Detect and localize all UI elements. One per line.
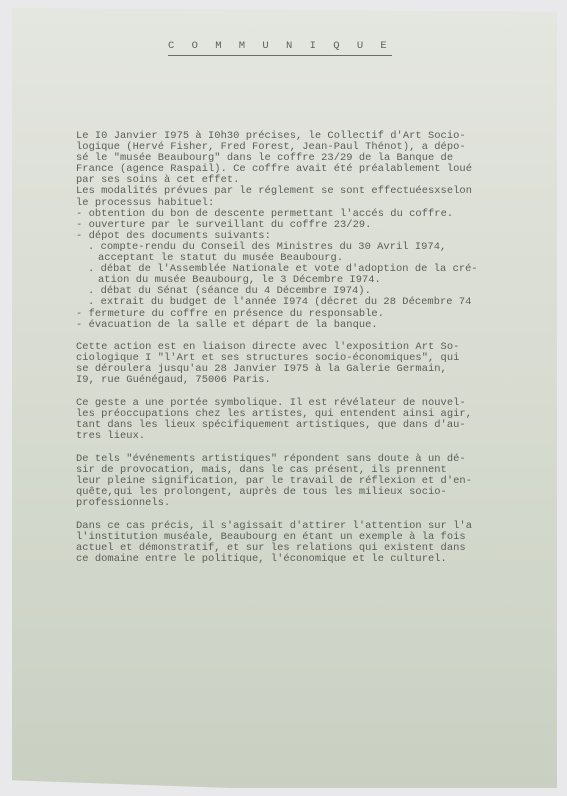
conclusion-paragraph: Dans ce cas précis, il s'agissait d'atti…	[76, 521, 566, 565]
text-line: professionnels.	[76, 498, 566, 509]
list-item-text: évacuation de la salle et départ de la b…	[89, 319, 378, 331]
events-paragraph: De tels "événements artistiques" réponde…	[76, 454, 566, 509]
dash-marker: -	[76, 230, 82, 242]
symbolic-paragraph: Ce geste a une portée symbolique. Il est…	[76, 398, 566, 442]
dot-marker: .	[88, 241, 94, 253]
list-item: - évacuation de la salle et départ de la…	[76, 320, 566, 331]
exhibition-paragraph: Cette action est en liaison directe avec…	[76, 342, 566, 386]
text-line: Les modalités prévues par le réglement s…	[76, 186, 566, 197]
document-body: Le I0 Janvier I975 à I0h30 précises, le …	[76, 131, 566, 565]
text-line: tant dans les lieux spécifiquement artis…	[76, 420, 566, 431]
text-line: I9, rue Guénégaud, 75006 Paris.	[76, 375, 566, 386]
procedure-list: - obtention du bon de descente permettan…	[76, 209, 566, 331]
dash-marker: -	[76, 319, 82, 331]
document-title: C O M M U N I Q U E	[168, 40, 392, 56]
dot-marker: .	[88, 263, 94, 275]
text-line: tres lieux.	[76, 431, 566, 442]
documents-sublist: . compte-rendu du Conseil des Ministres …	[76, 242, 566, 309]
intro-paragraph: Le I0 Janvier I975 à I0h30 précises, le …	[76, 131, 566, 209]
text-line: ce domaine entre le politique, l'économi…	[76, 554, 566, 565]
